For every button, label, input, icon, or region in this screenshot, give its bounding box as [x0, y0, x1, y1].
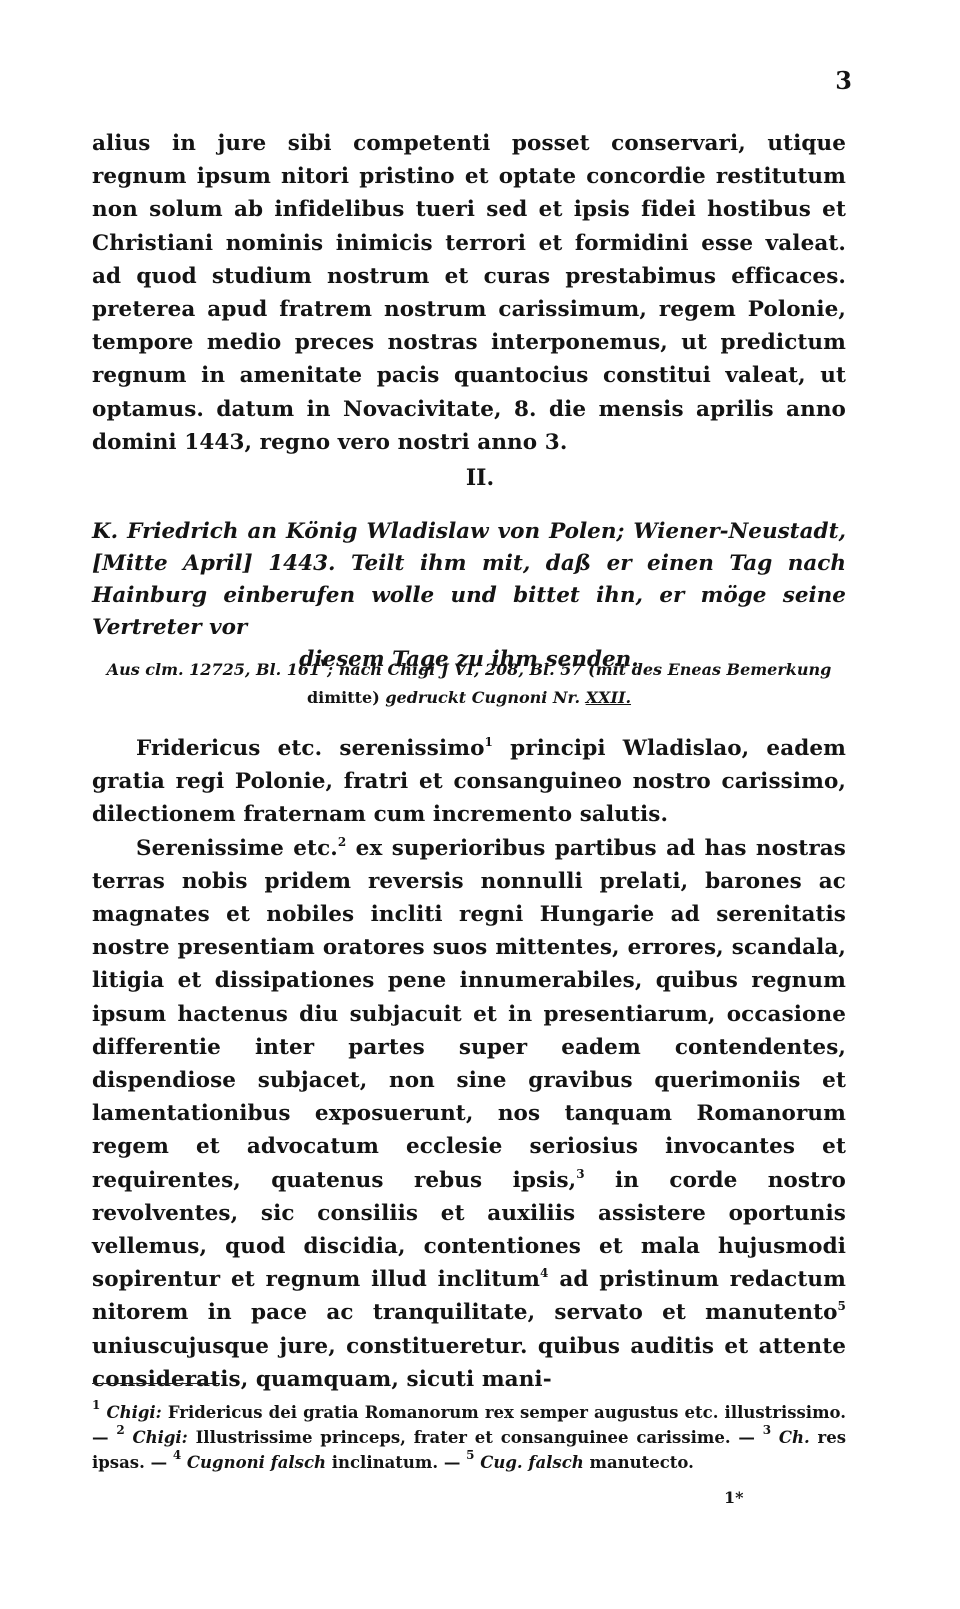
footnote-source: Chigi:: [132, 1428, 187, 1447]
text-run: ex superioribus partibus ad has nostras …: [92, 836, 846, 1193]
section-numeral: II.: [0, 465, 960, 491]
footnote-num: 4: [173, 1448, 181, 1462]
footnote-source: Chigi:: [106, 1403, 161, 1422]
page-number: 3: [835, 66, 852, 95]
signature-mark: 1*: [724, 1488, 744, 1507]
source-part-4: gedruckt Cugnoni Nr.: [385, 688, 585, 707]
footnote-source: Cug. falsch: [480, 1453, 584, 1472]
section-summary: K. Friedrich an König Wladislaw von Pole…: [92, 516, 846, 676]
footnote-ref-5[interactable]: 5: [838, 1299, 846, 1313]
source-part-2: ; nach Chigi J VI, 208, Bl. 57 (mit des …: [327, 660, 831, 679]
text-run: Fridericus etc. serenissimo: [136, 736, 485, 761]
footnote-num: 5: [466, 1448, 474, 1462]
source-part-5: XXII.: [586, 688, 631, 707]
source-part-1: Aus clm. 12725, Bl. 161: [107, 660, 320, 679]
letter-salutation: Fridericus etc. serenissimo1 principi Wl…: [92, 732, 846, 832]
letter-body: Fridericus etc. serenissimo1 principi Wl…: [92, 732, 846, 1396]
footnote-text: Illustrissime princeps, frater et consan…: [188, 1428, 763, 1447]
footnote-num: 2: [116, 1423, 124, 1437]
text-run: Serenissime etc.: [136, 836, 338, 861]
footnote-source: Ch.: [779, 1428, 810, 1447]
continued-paragraph: alius in jure sibi competenti posset con…: [92, 127, 846, 459]
source-part-3: dimitte): [307, 688, 385, 707]
footnote-text: inclinatum. —: [326, 1453, 466, 1472]
footnote-text: manutecto.: [584, 1453, 694, 1472]
footnote-ref-3[interactable]: 3: [576, 1167, 584, 1181]
footnote-num: 1: [92, 1398, 100, 1412]
footnote-num: 3: [763, 1423, 771, 1437]
summary-text: K. Friedrich an König Wladislaw von Pole…: [92, 519, 846, 640]
source-note: Aus clm. 12725, Bl. 161v; nach Chigi J V…: [92, 656, 846, 712]
footnotes: 1 Chigi: Fridericus dei gratia Romanorum…: [92, 1400, 846, 1475]
footnote-divider: [92, 1383, 220, 1384]
letter-paragraph: Serenissime etc.2 ex superioribus partib…: [92, 832, 846, 1396]
footnote-source: Cugnoni falsch: [187, 1453, 326, 1472]
document-page: 3 alius in jure sibi competenti posset c…: [0, 0, 960, 1609]
footnote-ref-1[interactable]: 1: [485, 735, 493, 749]
paragraph-text: alius in jure sibi competenti posset con…: [92, 127, 846, 459]
